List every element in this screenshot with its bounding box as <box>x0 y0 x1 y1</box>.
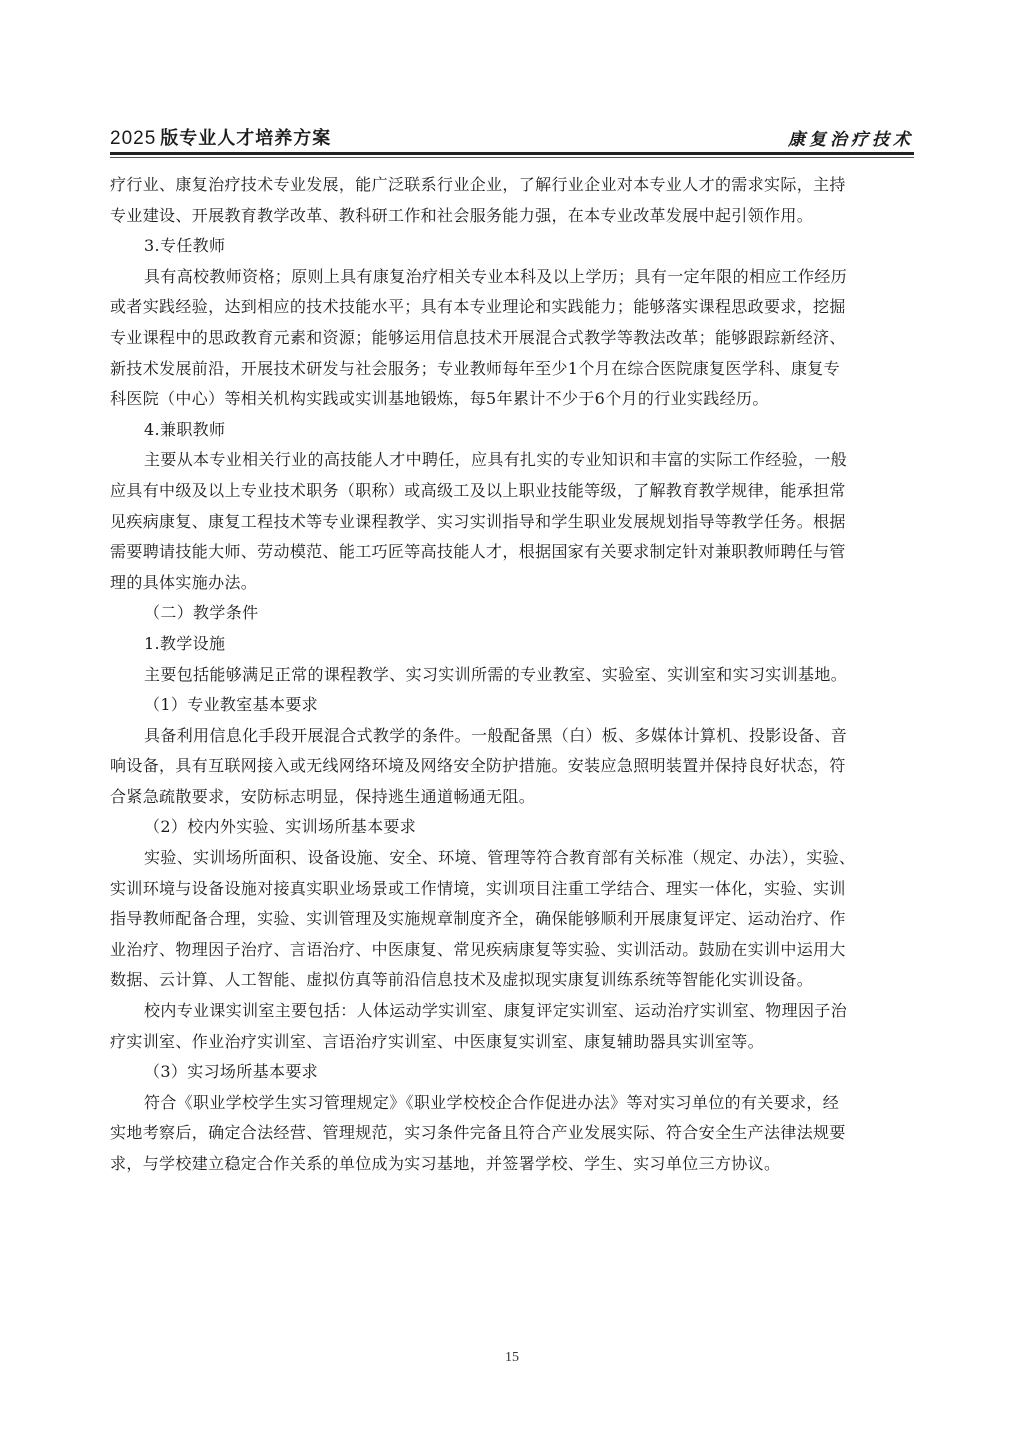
text-line: 专业建设、开展教育教学改革、教科研工作和社会服务能力强，在本专业改革发展中起引领… <box>110 201 914 232</box>
text-line: 或者实践经验，达到相应的技术技能水平；具有本专业理论和实践能力；能够落实课程思政… <box>110 292 914 323</box>
section-heading: 3.专任教师 <box>110 231 914 262</box>
text-line: 数据、云计算、人工智能、虚拟仿真等前沿信息技术及虚拟现实康复训练系统等智能化实训… <box>110 965 914 996</box>
text-line: 求，与学校建立稳定合作关系的单位成为实习基地，并签署学校、学生、实习单位三方协议… <box>110 1149 914 1180</box>
running-header: 2025版专业人才培养方案 康复治疗技术 <box>110 124 914 150</box>
text-line: 具备利用信息化手段开展混合式教学的条件。一般配备黑（白）板、多媒体计算机、投影设… <box>110 721 914 752</box>
header-rule-thin <box>110 157 914 158</box>
section-heading: 4.兼职教师 <box>110 415 914 446</box>
text-line: 需要聘请技能大师、劳动模范、能工巧匠等高技能人才，根据国家有关要求制定针对兼职教… <box>110 537 914 568</box>
text-line: 实地考察后，确定合法经营、管理规范，实习条件完备且符合产业发展实际、符合安全生产… <box>110 1118 914 1149</box>
text-line: 实验、实训场所面积、设备设施、安全、环境、管理等符合教育部有关标准（规定、办法）… <box>110 843 914 874</box>
text-line: 指导教师配备合理，实验、实训管理及实施规章制度齐全，确保能够顺利开展康复评定、运… <box>110 904 914 935</box>
text-line: 具有高校教师资格；原则上具有康复治疗相关专业本科及以上学历；具有一定年限的相应工… <box>110 262 914 293</box>
text-line: 应具有中级及以上专业技术职务（职称）或高级工及以上职业技能等级，了解教育教学规律… <box>110 476 914 507</box>
body-text: 疗行业、康复治疗技术专业发展，能广泛联系行业企业，了解行业企业对本专业人才的需求… <box>110 170 914 1180</box>
text-line: 新技术发展前沿，开展技术研发与社会服务；专业教师每年至少1个月在综合医院康复医学… <box>110 354 914 385</box>
text-line: 专业课程中的思政教育元素和资源；能够运用信息技术开展混合式教学等教法改革；能够跟… <box>110 323 914 354</box>
section-heading: （1）专业教室基本要求 <box>110 690 914 721</box>
page-number: 15 <box>0 1350 1024 1366</box>
header-rule-thick <box>110 152 914 155</box>
section-heading: （3）实习场所基本要求 <box>110 1057 914 1088</box>
section-heading: （2）校内外实验、实训场所基本要求 <box>110 812 914 843</box>
text-line: 理的具体实施办法。 <box>110 568 914 599</box>
text-line: 科医院（中心）等相关机构实践或实训基地锻炼，每5年累计不少于6个月的行业实践经历… <box>110 384 914 415</box>
text-line: 符合《职业学校学生实习管理规定》《职业学校校企合作促进办法》等对实习单位的有关要… <box>110 1088 914 1119</box>
header-year: 2025 <box>110 128 156 149</box>
text-line: 见疾病康复、康复工程技术等专业课程教学、实习实训指导和学生职业发展规划指导等教学… <box>110 507 914 538</box>
header-program-title: 2025版专业人才培养方案 <box>110 124 331 150</box>
text-line: 校内专业课实训室主要包括：人体运动学实训室、康复评定实训室、运动治疗实训室、物理… <box>110 996 914 1027</box>
header-left-title: 版专业人才培养方案 <box>160 128 331 148</box>
text-line: 实训环境与设备设施对接真实职业场景或工作情境，实训项目注重工学结合、理实一体化，… <box>110 874 914 905</box>
text-line: 疗行业、康复治疗技术专业发展，能广泛联系行业企业，了解行业企业对本专业人才的需求… <box>110 170 914 201</box>
text-line: 响设备，具有互联网接入或无线网络环境及网络安全防护措施。安装应急照明装置并保持良… <box>110 751 914 782</box>
text-line: 疗实训室、作业治疗实训室、言语治疗实训室、中医康复实训室、康复辅助器具实训室等。 <box>110 1027 914 1058</box>
header-major-title: 康复治疗技术 <box>788 125 914 150</box>
document-page: 2025版专业人才培养方案 康复治疗技术 疗行业、康复治疗技术专业发展，能广泛联… <box>0 0 1024 1448</box>
section-heading: （二）教学条件 <box>110 598 914 629</box>
text-line: 合紧急疏散要求，安防标志明显，保持逃生通道畅通无阻。 <box>110 782 914 813</box>
text-line: 主要从本专业相关行业的高技能人才中聘任，应具有扎实的专业知识和丰富的实际工作经验… <box>110 445 914 476</box>
section-heading: 1.教学设施 <box>110 629 914 660</box>
text-line: 业治疗、物理因子治疗、言语治疗、中医康复、常见疾病康复等实验、实训活动。鼓励在实… <box>110 935 914 966</box>
text-line: 主要包括能够满足正常的课程教学、实习实训所需的专业教室、实验室、实训室和实习实训… <box>110 660 914 691</box>
